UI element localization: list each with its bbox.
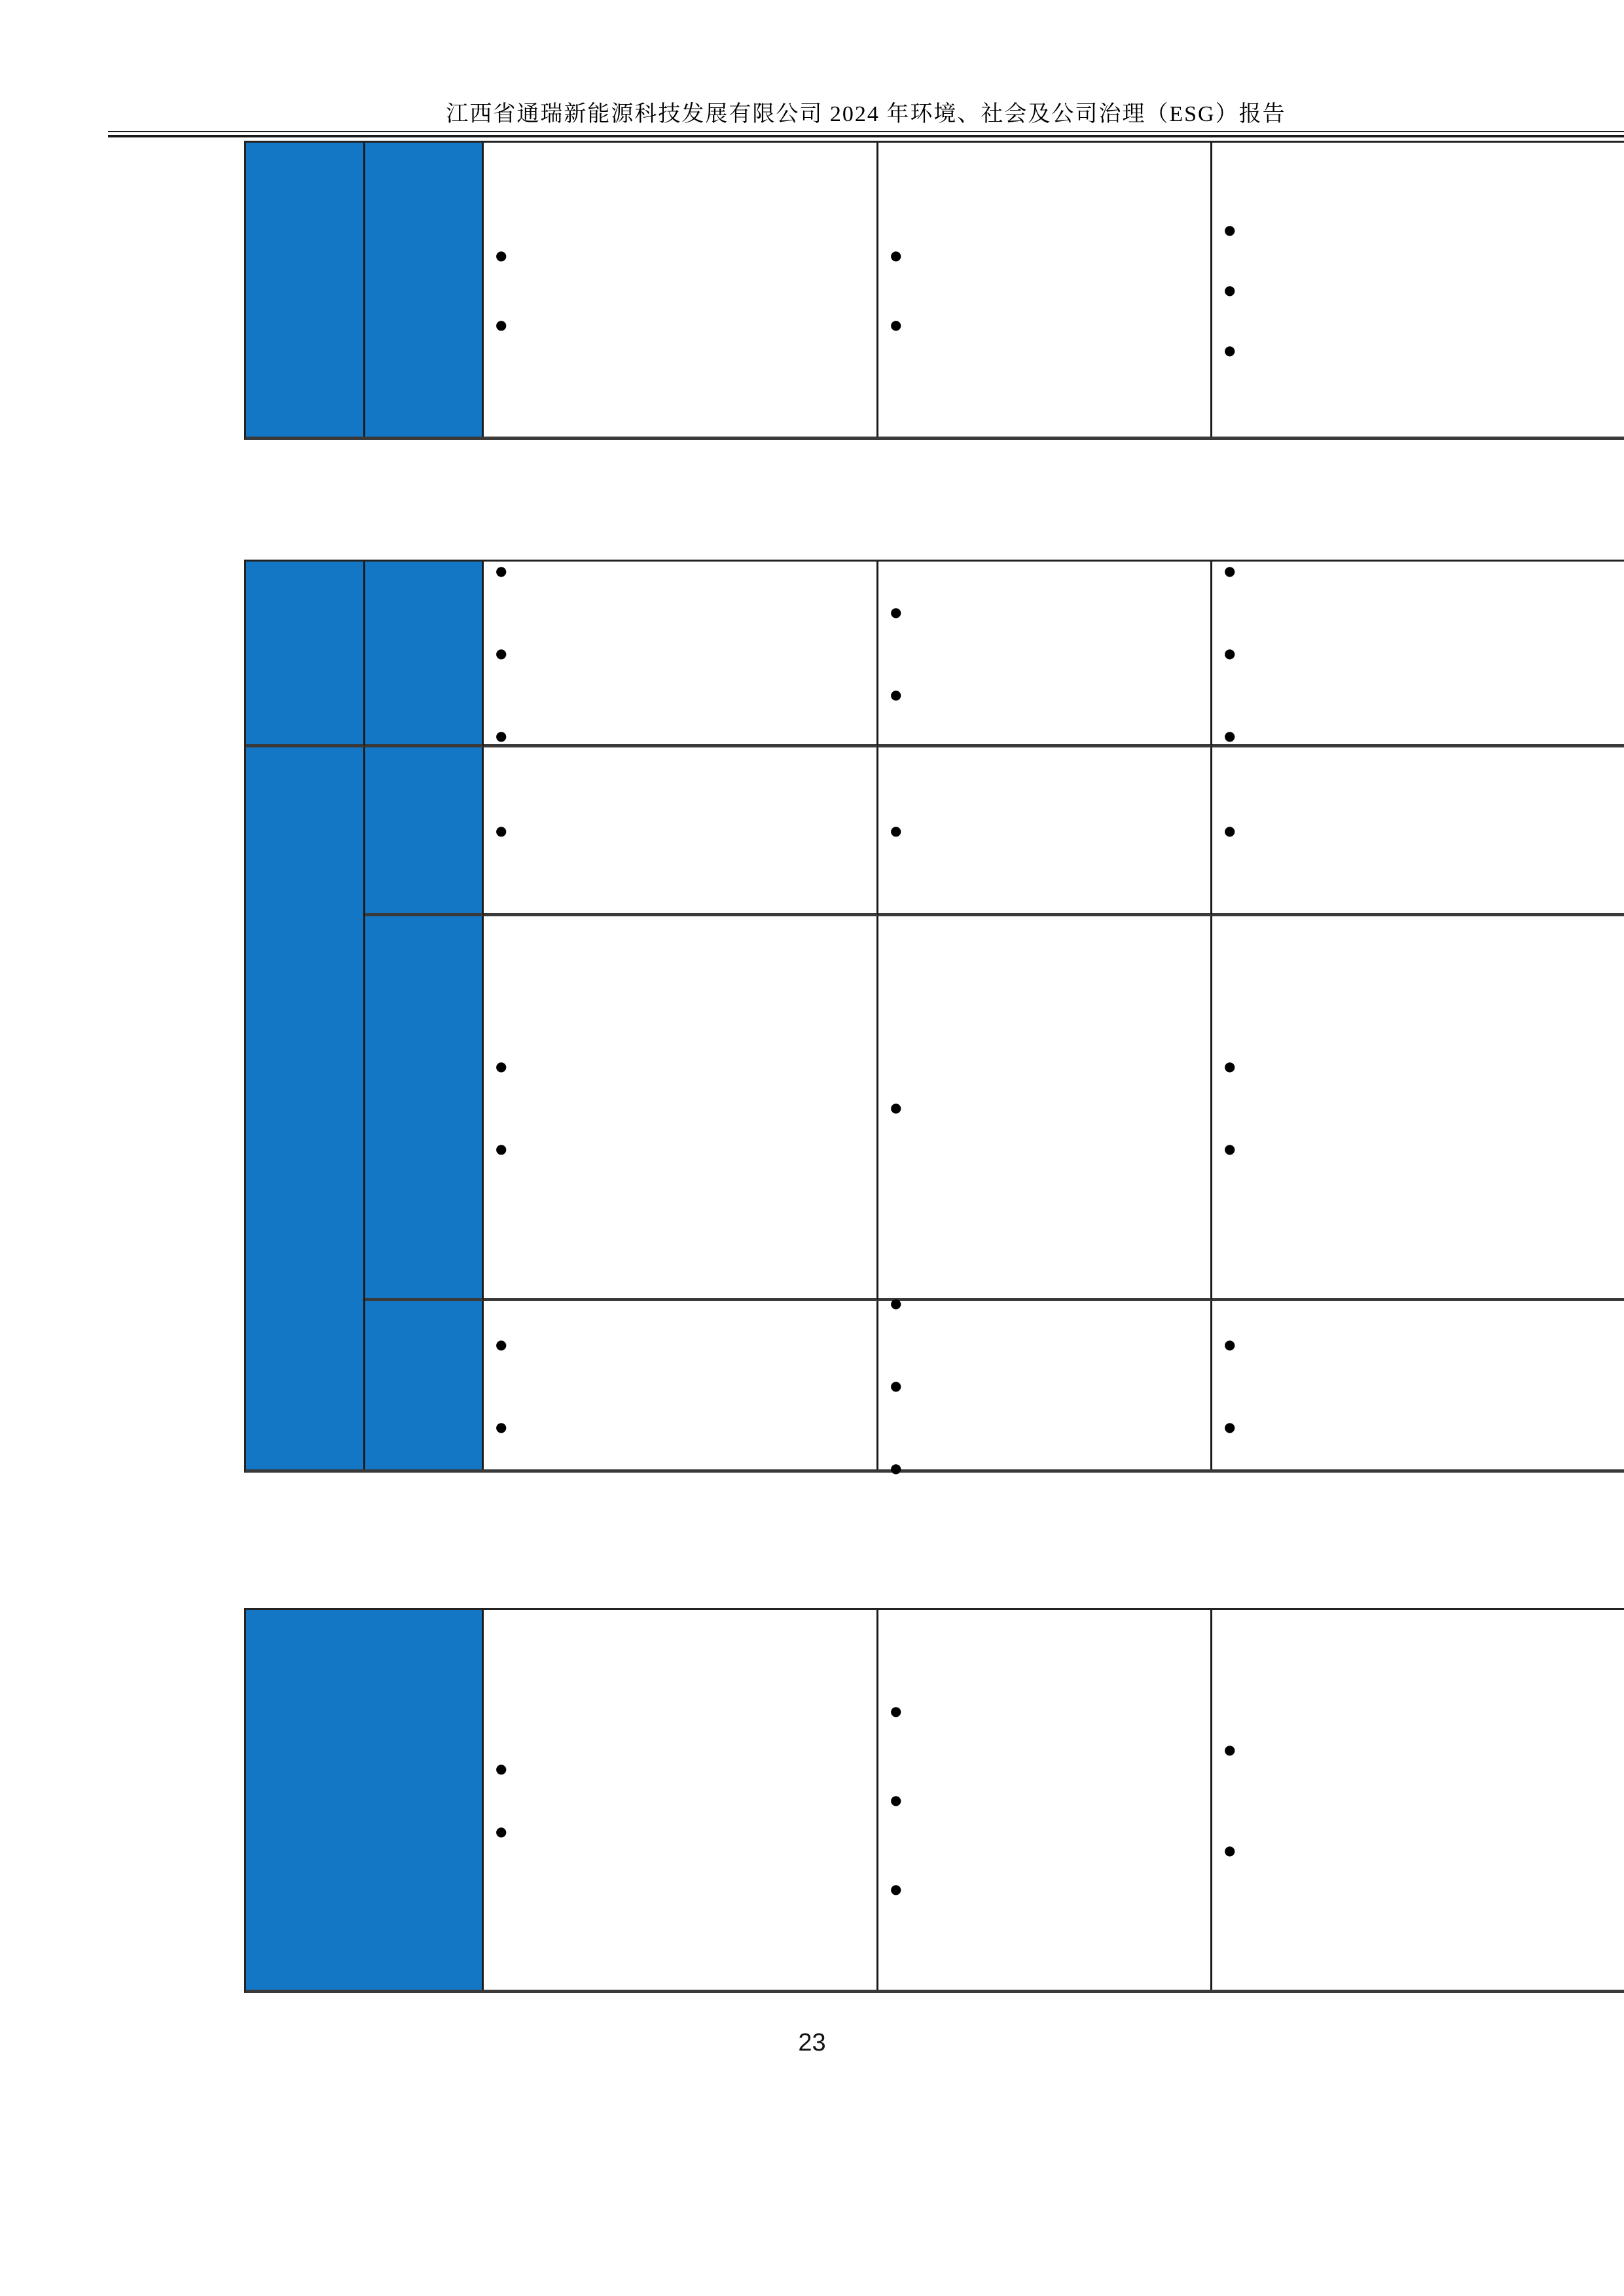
bullet-icon: ● [496, 808, 519, 853]
impact-scope-cell-2: ● ● [878, 562, 1212, 747]
bullet-item: ● [890, 302, 1204, 348]
bullet-item: ● [1224, 1043, 1624, 1089]
management-progress-cell-3: ● ● [1212, 1610, 1624, 1990]
bullet-item: ● [496, 1746, 870, 1791]
type-cell-3: ● [1212, 747, 1624, 916]
bullet-item: ● [496, 302, 870, 348]
bullet-icon: ● [1224, 1827, 1248, 1873]
bullet-item: ● [890, 808, 1204, 853]
bullet-icon: ● [1224, 207, 1248, 253]
row-header-impact-description [365, 143, 484, 437]
bullet-icon: ● [496, 1321, 519, 1367]
bullet-item: ● [890, 1445, 1204, 1491]
bullet-icon: ● [496, 1043, 519, 1089]
bullet-item: ● [1224, 207, 1624, 253]
bullet-item: ● [496, 808, 870, 853]
bullet-icon: ● [496, 1746, 519, 1791]
impact-description-cell-1: ● ● [484, 143, 878, 437]
bullet-icon: ● [1224, 1126, 1248, 1172]
bullet-icon: ● [890, 1363, 914, 1408]
impact-period-cell-2: ● ● ● [878, 1301, 1212, 1469]
bullet-icon: ● [1224, 1321, 1248, 1367]
bullet-icon: ● [496, 630, 519, 676]
bullet-icon: ● [1224, 327, 1248, 373]
bullet-icon: ● [1224, 548, 1248, 594]
bullet-icon: ● [890, 1085, 914, 1130]
bullet-item: ● [890, 1866, 1204, 1912]
bullet-item: ● [1224, 1321, 1624, 1367]
header-rule-top [108, 131, 1624, 132]
impact-scope-cell-3: ● ● ● [1212, 562, 1624, 747]
bullet-icon: ● [1224, 808, 1248, 853]
impact-period-cell-1: ● ● [484, 1301, 878, 1469]
bullet-icon: ● [890, 1280, 914, 1326]
bullet-item: ● [1224, 1727, 1624, 1772]
row-header-risk-opportunity-analysis [246, 747, 365, 1469]
impact-description-cell-3: ● ● ● [1212, 143, 1624, 437]
bullet-item: ● [496, 1808, 870, 1854]
bullet-icon: ● [496, 1808, 519, 1854]
table-impact-analysis: ● ● ● ● [244, 141, 1624, 440]
bullet-item: ● [496, 1321, 870, 1367]
bullet-item: ● [1224, 1404, 1624, 1450]
bullet-item: ● [1224, 1126, 1624, 1172]
bullet-item: ● [890, 1085, 1204, 1130]
row-header-management-progress [246, 1610, 484, 1990]
bullet-item: ● [890, 1777, 1204, 1823]
management-progress-cell-1: ● ● [484, 1610, 878, 1990]
bullet-item: ● [890, 232, 1204, 278]
row-header-impact-description-2 [365, 916, 484, 1301]
bullet-item: ● [890, 1688, 1204, 1734]
bullet-icon: ● [496, 232, 519, 278]
bullet-icon: ● [496, 1126, 519, 1172]
page-number: 23 [0, 2029, 1624, 2057]
page-title: 江西省通瑞新能源科技发展有限公司 2024 年环境、社会及公司治理（ESG）报告 [108, 96, 1624, 128]
bullet-icon: ● [1224, 267, 1248, 313]
row-header-empty [246, 562, 365, 747]
bullet-item: ● [496, 1043, 870, 1089]
bullet-item: ● [496, 1126, 870, 1172]
bullet-icon: ● [496, 1404, 519, 1450]
bullet-icon: ● [1224, 1043, 1248, 1089]
bullet-icon: ● [890, 1777, 914, 1823]
bullet-item: ● [1224, 630, 1624, 676]
bullet-item: ● [890, 589, 1204, 635]
impact-period-cell-3: ● ● [1212, 1301, 1624, 1469]
bullet-item: ● [1224, 548, 1624, 594]
row-header-impact-analysis [246, 143, 365, 437]
impact-description-cell-2: ● ● [878, 143, 1212, 437]
bullet-icon: ● [890, 1688, 914, 1734]
bullet-item: ● [496, 548, 870, 594]
document-page: { "header": { "title": "江西省通瑞新能源科技发展有限公司… [0, 0, 1624, 2296]
table-risk-opportunity-analysis: ● ● ● ● ● [244, 560, 1624, 1473]
bullet-item: ● [496, 232, 870, 278]
impact-description2-cell-2: ● [878, 916, 1212, 1301]
bullet-item: ● [1224, 1827, 1624, 1873]
impact-scope-cell-1: ● ● ● [484, 562, 878, 747]
bullet-item: ● [890, 1280, 1204, 1326]
bullet-item: ● [496, 1404, 870, 1450]
bullet-icon: ● [890, 1866, 914, 1912]
bullet-icon: ● [890, 302, 914, 348]
bullet-icon: ● [496, 548, 519, 594]
bullet-icon: ● [1224, 1727, 1248, 1772]
bullet-item: ● [1224, 267, 1624, 313]
row-header-impact-period [365, 1301, 484, 1469]
bullet-item: ● [1224, 808, 1624, 853]
bullet-icon: ● [1224, 630, 1248, 676]
bullet-icon: ● [890, 589, 914, 635]
header-rule-bottom [108, 135, 1624, 137]
row-header-type [365, 747, 484, 916]
type-cell-2: ● [878, 747, 1212, 916]
bullet-icon: ● [890, 672, 914, 717]
table-management-progress: ● ● ● ● ● [244, 1608, 1624, 1993]
bullet-icon: ● [496, 302, 519, 348]
impact-description2-cell-1: ● ● [484, 916, 878, 1301]
bullet-icon: ● [890, 808, 914, 853]
bullet-icon: ● [1224, 1404, 1248, 1450]
bullet-item: ● [496, 630, 870, 676]
type-cell-1: ● [484, 747, 878, 916]
bullet-icon: ● [890, 1445, 914, 1491]
management-progress-cell-2: ● ● ● [878, 1610, 1212, 1990]
bullet-item: ● [890, 1363, 1204, 1408]
bullet-item: ● [890, 672, 1204, 717]
impact-description2-cell-3: ● ● [1212, 916, 1624, 1301]
row-header-impact-scope [365, 562, 484, 747]
bullet-item: ● [1224, 327, 1624, 373]
bullet-icon: ● [890, 232, 914, 278]
